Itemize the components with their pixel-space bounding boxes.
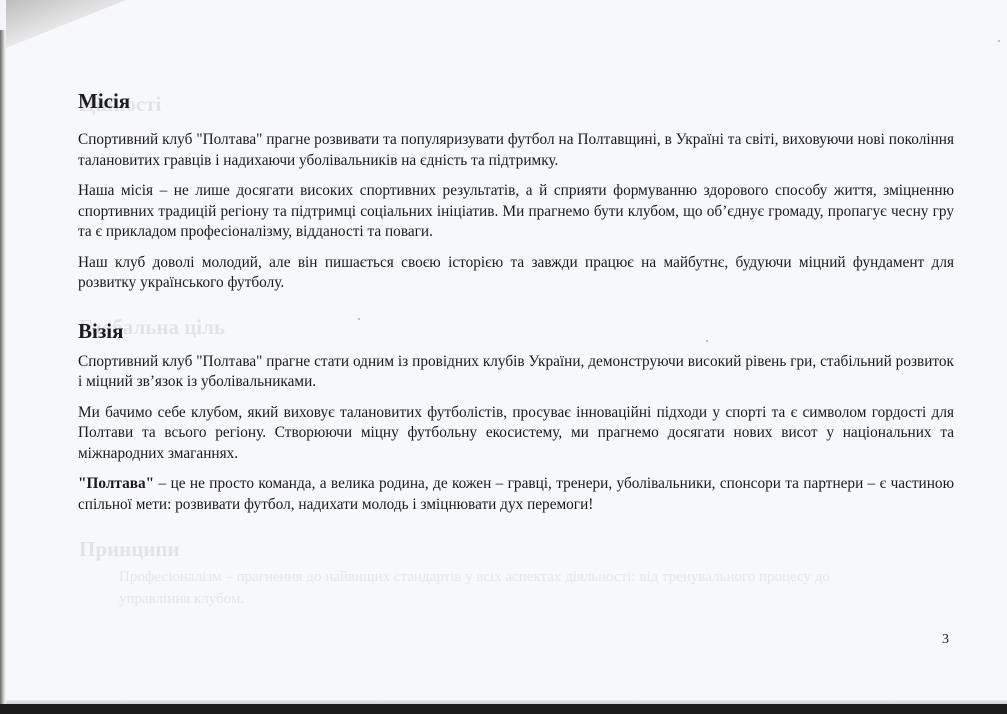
mission-paragraph-3: Наш клуб доволі молодий, але він пишаєть… bbox=[78, 253, 954, 294]
mission-heading: Місія bbox=[78, 88, 954, 114]
bleed-line-1: Професіоналізм – прагнення до найвищих с… bbox=[119, 569, 830, 586]
vision-section: Візія Спортивний клуб "Полтава" прагне с… bbox=[78, 318, 954, 516]
bleed-line-2: управління клубом. bbox=[119, 591, 244, 608]
scan-speck bbox=[998, 40, 1000, 42]
closing-text: – це не просто команда, а велика родина,… bbox=[78, 475, 954, 513]
vision-paragraph-1: Спортивний клуб "Полтава" прагне стати о… bbox=[78, 352, 954, 393]
mission-section: Місія Спортивний клуб "Полтава" прагне р… bbox=[78, 88, 954, 294]
page-number: 3 bbox=[942, 632, 949, 648]
mission-paragraph-1: Спортивний клуб "Полтава" прагне розвива… bbox=[78, 130, 954, 171]
vision-closing-paragraph: "Полтава" – це не просто команда, а вели… bbox=[78, 474, 954, 515]
page-curl bbox=[6, 0, 126, 48]
vision-paragraph-2: Ми бачимо себе клубом, який виховує тала… bbox=[78, 403, 954, 465]
vision-heading: Візія bbox=[78, 318, 954, 344]
scanner-bottom-band bbox=[0, 704, 1007, 714]
club-name-bold: "Полтава" bbox=[78, 475, 154, 492]
bleed-heading-principles: Принципи bbox=[79, 537, 180, 562]
mission-paragraph-2: Наша місія – не лише досягати високих сп… bbox=[78, 181, 954, 243]
document-content: Місія Спортивний клуб "Полтава" прагне р… bbox=[78, 88, 954, 525]
